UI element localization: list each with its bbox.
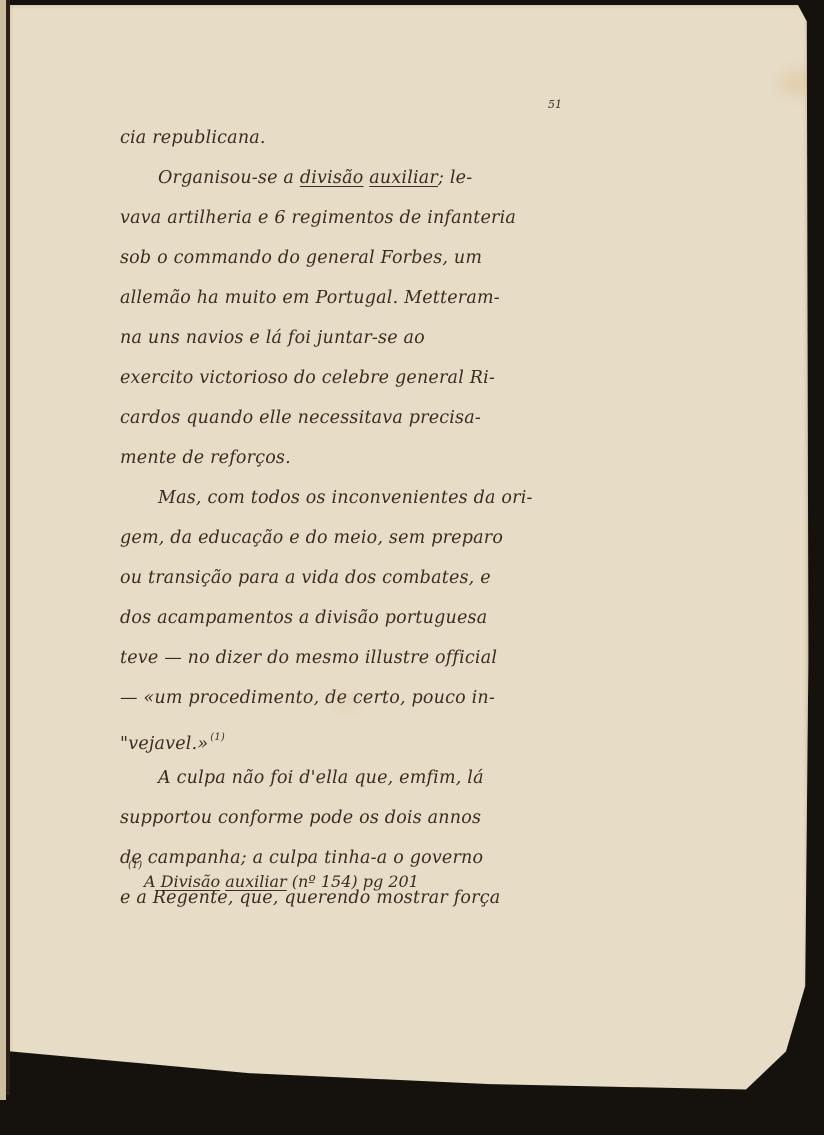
scanned-page-view: 51 cia republicana. Organisou-se a divis… — [0, 0, 824, 1135]
text-line: cia republicana. — [120, 118, 580, 158]
line-text: Organisou-se a divisão auxiliar; le- — [158, 168, 472, 188]
text-line: mente de reforços. — [120, 438, 580, 478]
footnote: (1) A Divisão auxiliar (nº 154) pg 201 — [128, 860, 419, 891]
line-text: "vejavel.» — [120, 734, 208, 754]
text-line: ou transição para a vida dos combates, e — [120, 558, 580, 598]
text-line: dos acampamentos a divisão portuguesa — [120, 598, 580, 638]
footnote-text: A Divisão auxiliar (nº 154) pg 201 — [144, 872, 419, 891]
paper-stain — [780, 70, 820, 96]
text-line: cardos quando elle necessitava precisa- — [120, 398, 580, 438]
footnote-prefix: A — [144, 872, 161, 891]
manuscript-text: cia republicana. Organisou-se a divisão … — [120, 118, 580, 918]
text-line: sob o commando do general Forbes, um — [120, 238, 580, 278]
text-line: Mas, com todos os inconvenientes da ori- — [120, 478, 580, 518]
text-line: exercito victorioso do celebre general R… — [120, 358, 580, 398]
footnote-marker: (1) — [128, 860, 419, 872]
text-line: A culpa não foi d'ella que, emfim, lá — [120, 758, 580, 798]
text-line: vava artilheria e 6 regimentos de infant… — [120, 198, 580, 238]
text-line: supportou conforme pode os dois annos — [120, 798, 580, 838]
text-line: teve — no dizer do mesmo illustre offici… — [120, 638, 580, 678]
text-line: na uns navios e lá foi juntar-se ao — [120, 318, 580, 358]
binding-shadow — [6, 0, 10, 1095]
footnote-title-word: auxiliar — [225, 872, 286, 891]
text-line: "vejavel.»(1) — [120, 718, 580, 758]
text-line: gem, da educação e do meio, sem preparo — [120, 518, 580, 558]
footnote-title-word: Divisão — [161, 872, 220, 891]
footnote-suffix: (nº 154) pg 201 — [287, 872, 419, 891]
text-line: allemão ha muito em Portugal. Metteram- — [120, 278, 580, 318]
text-line: Organisou-se a divisão auxiliar; le- — [120, 158, 580, 198]
page-number: 51 — [548, 98, 562, 111]
text-line: — «um procedimento, de certo, pouco in- — [120, 678, 580, 718]
footnote-reference: (1) — [210, 732, 225, 743]
